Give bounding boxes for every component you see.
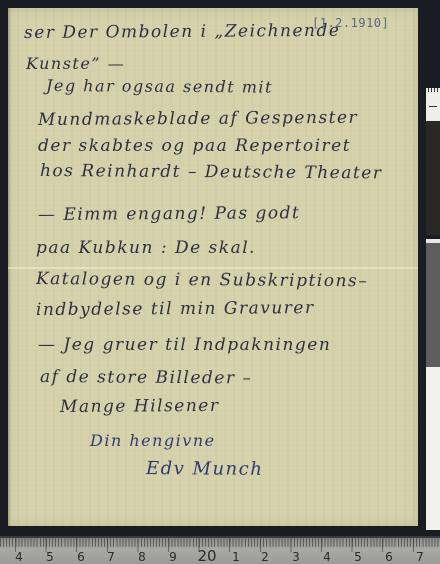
handwritten-line: Din hengivne [90, 431, 216, 450]
card-ticks [428, 88, 438, 92]
handwritten-line: hos Reinhardt – Deutsche Theater [40, 161, 383, 183]
handwritten-line: Kunste” — [26, 54, 125, 73]
ruler-label: 3 [292, 550, 300, 564]
ruler-label: 4 [15, 550, 23, 564]
ruler-label: 5 [354, 550, 362, 564]
handwritten-line: Edv Munch [146, 458, 263, 480]
handwritten-line: Katalogen og i en Subskriptions– [36, 269, 368, 291]
ruler-label: 4 [323, 550, 331, 564]
card-light-patch [426, 367, 440, 530]
ruler-label: 20 [197, 547, 216, 564]
ruler-label: 6 [385, 550, 393, 564]
ruler-label: 1 [232, 550, 240, 564]
ruler-label: 7 [107, 550, 115, 564]
ruler-label: 7 [416, 550, 424, 564]
ruler-label: 2 [261, 550, 269, 564]
handwritten-line: — Eimm engang! Pas godt [38, 203, 300, 225]
measurement-ruler: 456789201234567 [0, 536, 440, 564]
letter-page: [1.2.1910] ser Der Ombolen i „Zeichnende… [8, 8, 418, 526]
card-white-patch [426, 88, 440, 121]
handwritten-line: Mange Hilsener [60, 396, 220, 417]
handwritten-line: af de store Billeder – [40, 367, 253, 388]
handwritten-line: Mundmaskeblade af Gespenster [38, 108, 358, 130]
card-grey-patch [426, 239, 440, 367]
card-dash [429, 106, 437, 107]
handwritten-line: Jeg har ogsaa sendt mit [46, 76, 273, 97]
ruler-label: 9 [169, 550, 177, 564]
handwritten-line: ser Der Ombolen i „Zeichnende [24, 21, 341, 43]
ruler-label: 8 [138, 550, 146, 564]
card-black-patch [426, 121, 440, 235]
ruler-major-ticks [0, 538, 440, 552]
handwritten-line: — Jeg gruer til Indpakningen [38, 335, 331, 355]
handwritten-line: der skabtes og paa Repertoiret [38, 136, 351, 156]
grey-scale-card [426, 88, 440, 528]
ruler-label: 6 [77, 550, 85, 564]
handwritten-line: paa Kubkun : De skal. [36, 238, 256, 258]
ruler-label: 5 [46, 550, 54, 564]
handwritten-line: indbydelse til min Gravurer [36, 298, 315, 320]
